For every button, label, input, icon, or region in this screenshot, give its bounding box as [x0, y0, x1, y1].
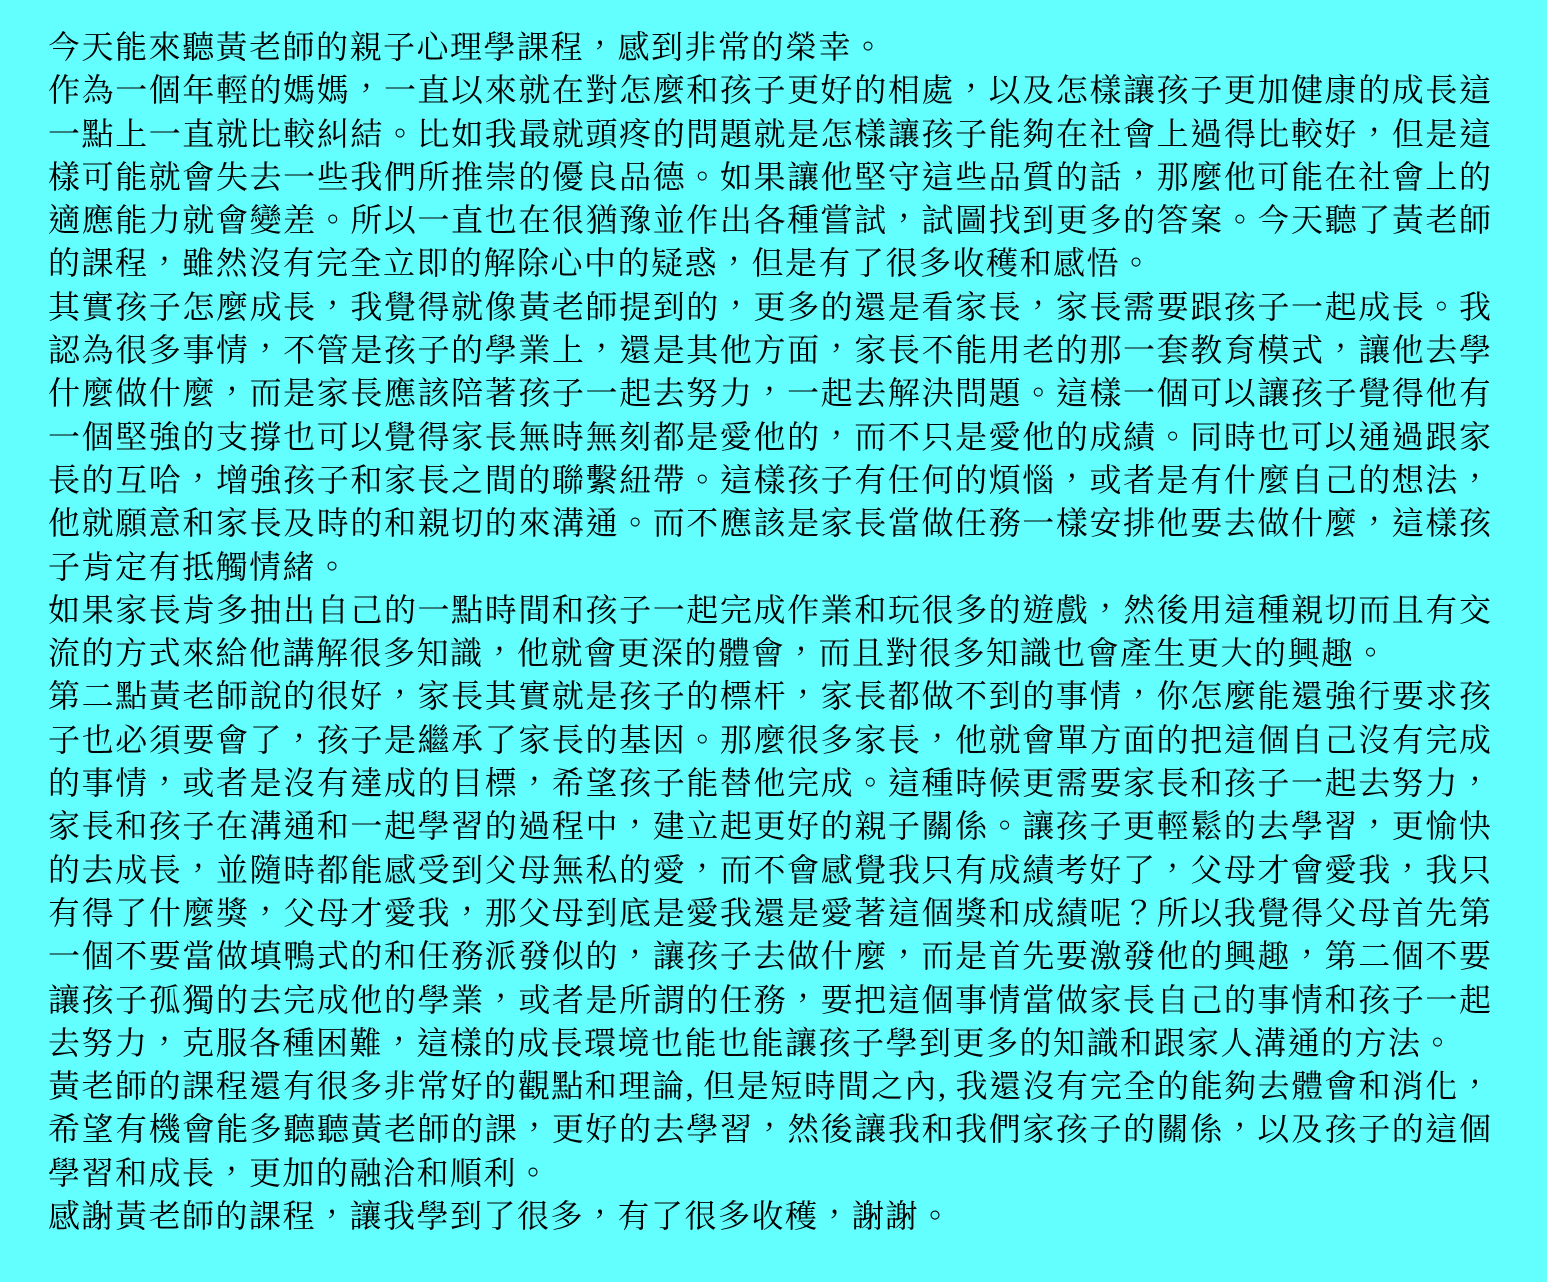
text-line: 今天能來聽黃老師的親子心理學課程，感到非常的榮幸。	[48, 26, 1491, 69]
text-line: 其實孩子怎麼成長，我覺得就像黃老師提到的，更多的還是看家長，家長需要跟孩子一起成…	[48, 286, 1491, 329]
text-line: 作為一個年輕的媽媽，一直以來就在對怎麼和孩子更好的相處，以及怎樣讓孩子更加健康的…	[48, 69, 1491, 112]
text-line: 的去成長，並隨時都能感受到父母無私的愛，而不會感覺我只有成績考好了，父母才會愛我…	[48, 849, 1491, 892]
text-line: 子肯定有抵觸情緒。	[48, 546, 1491, 589]
text-line: 家長和孩子在溝通和一起學習的過程中，建立起更好的親子關係。讓孩子更輕鬆的去學習，…	[48, 805, 1491, 848]
text-line: 適應能力就會變差。所以一直也在很猶豫並作出各種嘗試，試圖找到更多的答案。今天聽了…	[48, 199, 1491, 242]
text-line: 黃老師的課程還有很多非常好的觀點和理論, 但是短時間之內, 我還沒有完全的能夠去…	[48, 1065, 1491, 1108]
text-line: 他就願意和家長及時的和親切的來溝通。而不應該是家長當做任務一樣安排他要去做什麼，…	[48, 502, 1491, 545]
text-line: 如果家長肯多抽出自己的一點時間和孩子一起完成作業和玩很多的遊戲，然後用這種親切而…	[48, 589, 1491, 632]
text-line: 一點上一直就比較糾結。比如我最就頭疼的問題就是怎樣讓孩子能夠在社會上過得比較好，…	[48, 113, 1491, 156]
text-line: 一個不要當做填鴨式的和任務派發似的，讓孩子去做什麼，而是首先要激發他的興趣，第二…	[48, 935, 1491, 978]
text-line: 學習和成長，更加的融洽和順利。	[48, 1152, 1491, 1195]
text-line: 希望有機會能多聽聽黃老師的課，更好的去學習，然後讓我和我們家孩子的關係，以及孩子…	[48, 1108, 1491, 1151]
text-line: 流的方式來給他講解很多知識，他就會更深的體會，而且對很多知識也會產生更大的興趣。	[48, 632, 1491, 675]
text-line: 有得了什麼獎，父母才愛我，那父母到底是愛我還是愛著這個獎和成績呢？所以我覺得父母…	[48, 892, 1491, 935]
text-line: 一個堅強的支撐也可以覺得家長無時無刻都是愛他的，而不只是愛他的成績。同時也可以通…	[48, 416, 1491, 459]
text-line: 的課程，雖然沒有完全立即的解除心中的疑惑，但是有了很多收穫和感悟。	[48, 242, 1491, 285]
text-line: 認為很多事情，不管是孩子的學業上，還是其他方面，家長不能用老的那一套教育模式，讓…	[48, 329, 1491, 372]
text-line: 子也必須要會了，孩子是繼承了家長的基因。那麼很多家長，他就會單方面的把這個自己沒…	[48, 719, 1491, 762]
text-line: 讓孩子孤獨的去完成他的學業，或者是所謂的任務，要把這個事情當做家長自己的事情和孩…	[48, 979, 1491, 1022]
text-line: 的事情，或者是沒有達成的目標，希望孩子能替他完成。這種時候更需要家長和孩子一起去…	[48, 762, 1491, 805]
text-line: 去努力，克服各種困難，這樣的成長環境也能也能讓孩子學到更多的知識和跟家人溝通的方…	[48, 1022, 1491, 1065]
document-page: 今天能來聽黃老師的親子心理學課程，感到非常的榮幸。 作為一個年輕的媽媽，一直以來…	[0, 0, 1547, 1282]
text-line: 第二點黃老師說的很好，家長其實就是孩子的標杆，家長都做不到的事情，你怎麼能還強行…	[48, 675, 1491, 718]
text-line: 樣可能就會失去一些我們所推崇的優良品德。如果讓他堅守這些品質的話，那麼他可能在社…	[48, 156, 1491, 199]
text-line: 感謝黃老師的課程，讓我學到了很多，有了很多收穫，謝謝。	[48, 1195, 1491, 1238]
text-line: 什麼做什麼，而是家長應該陪著孩子一起去努力，一起去解決問題。這樣一個可以讓孩子覺…	[48, 372, 1491, 415]
text-line: 長的互哈，增強孩子和家長之間的聯繫紐帶。這樣孩子有任何的煩惱，或者是有什麼自己的…	[48, 459, 1491, 502]
